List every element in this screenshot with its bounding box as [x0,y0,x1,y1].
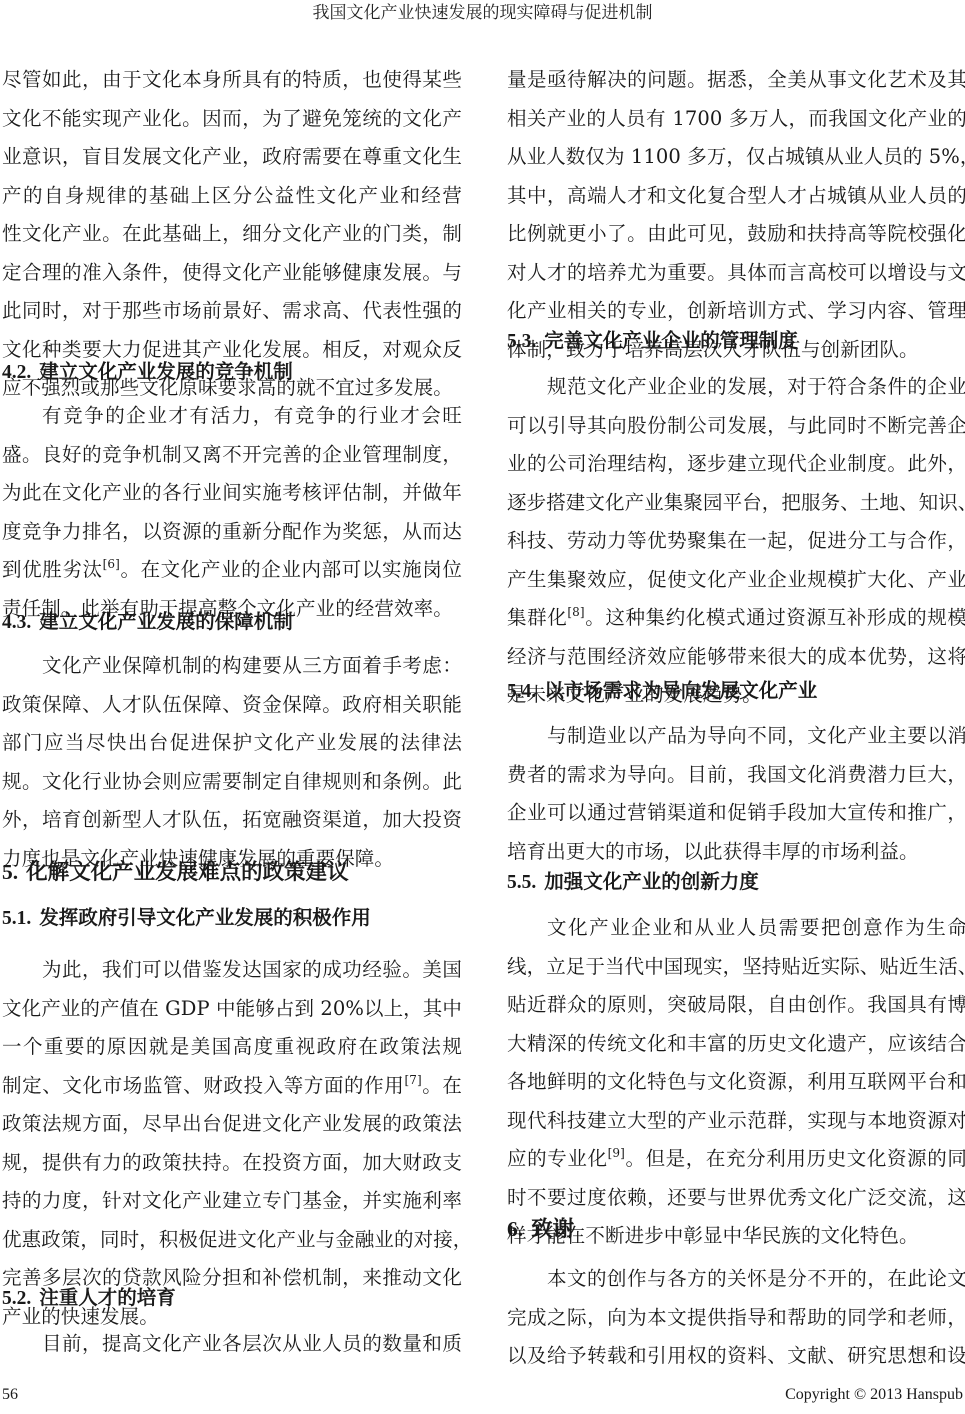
section-title: 注重人才的培育 [39,1286,176,1309]
text-line: 目前，提高文化产业各层次从业人员的数量和质 [2,1325,462,1364]
text-line: 文化产业保障机制的构建要从三方面着手考虑： [2,647,462,686]
section-number: 5. [2,860,18,884]
text-line: 科技、劳动力等优势聚集在一起，促进分工与合作， [507,522,965,561]
citation-ref[interactable]: [8] [567,605,584,619]
running-header-title: 我国文化产业快速发展的现实障碍与促进机制 [0,2,965,24]
text-line: 大精深的传统文化和丰富的历史文化遗产，应该结合 [507,1025,965,1064]
section-number: 6. [507,1217,523,1241]
text-line: 线，立足于当代中国现实，坚持贴近实际、贴近生活、 [507,948,965,987]
text-line: 量是亟待解决的问题。据悉，全美从事文化艺术及其 [507,61,965,100]
paragraph-5-2: 目前，提高文化产业各层次从业人员的数量和质 [2,1325,462,1364]
text-line: 完成之际，向为本文提供指导和帮助的同学和老师， [507,1299,965,1338]
section-title: 以市场需求为导向发展文化产业 [544,679,817,702]
text-line: 贴近群众的原则，突破局限，自由创作。我国具有博 [507,986,965,1025]
text-line: 对人才的培养尤为重要。具体而言高校可以增设与文 [507,254,965,293]
text-line: 本文的创作与各方的关怀是分不开的，在此论文 [507,1260,965,1299]
text-line: 为此在文化产业的各行业间实施考核评估制，并做年 [2,474,462,513]
text-line: 逐步搭建文化产业集聚园平台，把服务、土地、知识、 [507,484,965,523]
section-number: 5.5. [507,872,536,893]
section-heading-5-5: 5.5.加强文化产业的创新力度 [507,869,759,896]
text-line: 培育出更大的市场，以此获得丰厚的市场利益。 [507,833,965,872]
paragraph-4-3: 文化产业保障机制的构建要从三方面着手考虑： 政策保障、人才队伍保障、资金保障。政… [2,647,462,878]
section-number: 5.1. [2,908,31,929]
text-line: 应的专业化[9]。但是，在充分利用历史文化资源的同 [507,1140,965,1179]
text-line: 产生集聚效应，促使文化产业企业规模扩大化、产业 [507,561,965,600]
text-line: 产的自身规律的基础上区分公益性文化产业和经营 [2,177,462,216]
text-line: 经济与范围经济效应能够带来很大的成本优势，这将 [507,638,965,677]
section-heading-5-1: 5.1.发挥政府引导文化产业发展的积极作用 [2,905,371,932]
section-heading-6: 6.致谢 [507,1215,574,1244]
section-number: 4.2. [2,362,31,383]
text-line: 业的公司治理结构，逐步建立现代企业制度。此外， [507,445,965,484]
copyright-notice: Copyright © 2013 Hanspub [785,1386,963,1404]
section-number: 4.3. [2,612,31,633]
text-line: 规范文化产业企业的发展，对于符合条件的企业 [507,368,965,407]
text-line: 文化产业企业和从业人员需要把创意作为生命 [507,909,965,948]
text-line: 各地鲜明的文化特色与文化资源，利用互联网平台和 [507,1063,965,1102]
text-line: 与制造业以产品为导向不同，文化产业主要以消 [507,717,965,756]
section-heading-4-3: 4.3.建立文化产业发展的保障机制 [2,609,293,636]
section-title: 加强文化产业的创新力度 [544,870,759,893]
text-line: 现代科技建立大型的产业示范群，实现与本地资源对 [507,1102,965,1141]
text-line: 集群化[8]。这种集约化模式通过资源互补形成的规模 [507,599,965,638]
text-line: 度竞争力排名，以资源的重新分配作为奖惩，从而达 [2,513,462,552]
text-line: 规，提供有力的政策扶持。在投资方面，加大财政支 [2,1144,462,1183]
text-line: 优惠政策，同时，积极促进文化产业与金融业的对接， [2,1221,462,1260]
paragraph-6: 本文的创作与各方的关怀是分不开的，在此论文 完成之际，向为本文提供指导和帮助的同… [507,1260,965,1376]
section-number: 5.2. [2,1288,31,1309]
text-line: 从业人数仅为 1100 多万，仅占城镇从业人员的 5%， [507,138,965,177]
text-line: 盛。良好的竞争机制又离不开完善的企业管理制度， [2,436,462,475]
section-heading-5-3: 5.3.完善文化产业企业的管理制度 [507,328,798,355]
paragraph-5-1: 为此，我们可以借鉴发达国家的成功经验。美国 文化产业的产值在 GDP 中能够占到… [2,951,462,1336]
text-line: 定合理的准入条件，使得文化产业能够健康发展。与 [2,254,462,293]
text-line: 其中，高端人才和文化复合型人才占城镇从业人员的 [507,177,965,216]
text-line: 此同时，对于那些市场前景好、需求高、代表性强的 [2,292,462,331]
citation-ref[interactable]: [6] [103,557,120,571]
text-line: 可以引导其向股份制公司发展，与此同时不断完善企 [507,407,965,446]
section-title: 化解文化产业发展难点的政策建议 [26,860,349,885]
text-line: 业意识，盲目发展文化产业，政府需要在尊重文化生 [2,138,462,177]
text-line: 部门应当尽快出台促进保护文化产业发展的法律法 [2,724,462,763]
section-number: 5.3. [507,331,536,352]
paragraph-5-4: 与制造业以产品为导向不同，文化产业主要以消 费者的需求为导向。目前，我国文化消费… [507,717,965,871]
citation-ref[interactable]: [9] [608,1146,625,1160]
text-line: 时不要过度依赖，还要与世界优秀文化广泛交流，这 [507,1179,965,1218]
text-line: 文化不能实现产业化。因而，为了避免笼统的文化产 [2,100,462,139]
section-title: 完善文化产业企业的管理制度 [544,329,798,352]
section-heading-5-4: 5.4.以市场需求为导向发展文化产业 [507,678,817,705]
text-line: 以及给予转载和引用权的资料、文献、研究思想和设 [507,1337,965,1376]
text-line: 持的力度，针对文化产业建立专门基金，并实施利率 [2,1182,462,1221]
text-line: 化产业相关的专业，创新培训方式、学习内容、管理 [507,292,965,331]
text-line: 相关产业的人员有 1700 多万人，而我国文化产业的 [507,100,965,139]
section-title: 建立文化产业发展的保障机制 [39,610,293,633]
text-line: 比例就更小了。由此可见，鼓励和扶持高等院校强化 [507,215,965,254]
text-line: 企业可以通过营销渠道和促销手段加大宣传和推广， [507,794,965,833]
page-number: 56 [2,1386,18,1404]
paragraph-5-3: 规范文化产业企业的发展，对于符合条件的企业 可以引导其向股份制公司发展，与此同时… [507,368,965,715]
intro-paragraph: 尽管如此，由于文化本身所具有的特质，也使得某些 文化不能实现产业化。因而，为了避… [2,61,462,408]
text-line: 为此，我们可以借鉴发达国家的成功经验。美国 [2,951,462,990]
section-heading-5-2: 5.2.注重人才的培育 [2,1285,176,1312]
section-title: 致谢 [531,1217,574,1242]
text-line: 制定、文化市场监管、财政投入等方面的作用[7]。在 [2,1067,462,1106]
paragraph-4-2: 有竞争的企业才有活力，有竞争的行业才会旺 盛。良好的竞争机制又离不开完善的企业管… [2,397,462,628]
text-line: 费者的需求为导向。目前，我国文化消费潜力巨大， [507,756,965,795]
paragraph-5-5: 文化产业企业和从业人员需要把创意作为生命 线，立足于当代中国现实，坚持贴近实际、… [507,909,965,1256]
text-line: 政策法规方面，尽早出台促进文化产业发展的政策法 [2,1105,462,1144]
section-title: 建立文化产业发展的竞争机制 [39,360,293,383]
text-line: 外，培育创新型人才队伍，拓宽融资渠道，加大投资 [2,801,462,840]
text-line: 规。文化行业协会则应需要制定自律规则和条例。此 [2,763,462,802]
paragraph-5-2-continued: 量是亟待解决的问题。据悉，全美从事文化艺术及其 相关产业的人员有 1700 多万… [507,61,965,369]
section-title: 发挥政府引导文化产业发展的积极作用 [39,906,371,929]
section-heading-5: 5.化解文化产业发展难点的政策建议 [2,858,349,887]
text-line: 样才能在不断进步中彰显中华民族的文化特色。 [507,1217,965,1256]
text-line: 有竞争的企业才有活力，有竞争的行业才会旺 [2,397,462,436]
section-number: 5.4. [507,681,536,702]
text-line: 一个重要的原因就是美国高度重视政府在政策法规 [2,1028,462,1067]
text-line: 文化产业的产值在 GDP 中能够占到 20%以上，其中 [2,990,462,1029]
text-line: 政策保障、人才队伍保障、资金保障。政府相关职能 [2,686,462,725]
text-line: 性文化产业。在此基础上，细分文化产业的门类，制 [2,215,462,254]
section-heading-4-2: 4.2.建立文化产业发展的竞争机制 [2,359,293,386]
citation-ref[interactable]: [7] [404,1073,421,1087]
text-line: 尽管如此，由于文化本身所具有的特质，也使得某些 [2,61,462,100]
text-line: 到优胜劣汰[6]。在文化产业的企业内部可以实施岗位 [2,551,462,590]
